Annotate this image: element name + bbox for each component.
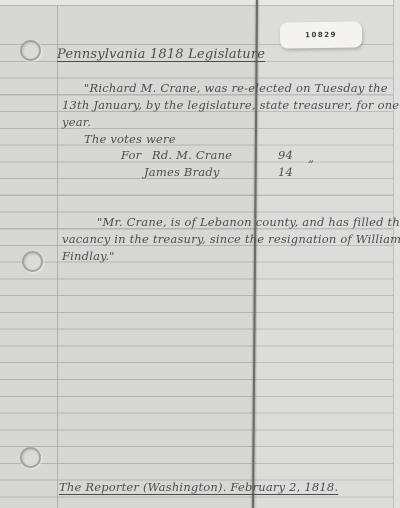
source-citation: The Reporter (Washington). February 2, 1… — [59, 480, 338, 494]
votes-intro: The votes were — [84, 132, 176, 146]
paragraph2-line-1: "Mr. Crane, is of Lebanon county, and ha… — [97, 215, 400, 229]
vote-count: 94 — [278, 148, 293, 162]
vote-candidate-name: Rd. M. Crane — [152, 148, 232, 162]
punch-hole-bottom — [20, 447, 41, 468]
paragraph1-line-2: 13th January, by the legislature, state … — [62, 98, 399, 112]
catalog-number: 10829 — [305, 31, 337, 39]
paragraph1-line-1: "Richard M. Crane, was re-elected on Tue… — [84, 81, 388, 95]
scanned-document: 10829 Pennsylvania 1818 Legislature "Ric… — [0, 0, 400, 508]
catalog-sticker: 10829 — [280, 21, 362, 48]
scan-shading — [257, 0, 400, 508]
vote-count: 14 — [278, 165, 293, 179]
document-title: Pennsylvania 1818 Legislature — [57, 47, 265, 62]
paragraph2-line-3: Findlay." — [62, 249, 115, 263]
margin-rule-line — [57, 5, 58, 508]
vote-for-label: For — [121, 148, 141, 162]
punch-hole-top — [20, 40, 41, 61]
vote-row-crane: For Rd. M. Crane 94 „ — [0, 148, 400, 165]
paragraph1-line-3: year. — [62, 115, 91, 129]
punch-hole-middle — [22, 251, 43, 272]
ditto-mark: „ — [308, 151, 314, 165]
vote-candidate-name: James Brady — [144, 165, 220, 179]
paragraph2-line-2: vacancy in the treasury, since the resig… — [62, 232, 400, 246]
page-right-edge — [393, 0, 400, 508]
vote-row-brady: James Brady 14 — [0, 165, 400, 182]
